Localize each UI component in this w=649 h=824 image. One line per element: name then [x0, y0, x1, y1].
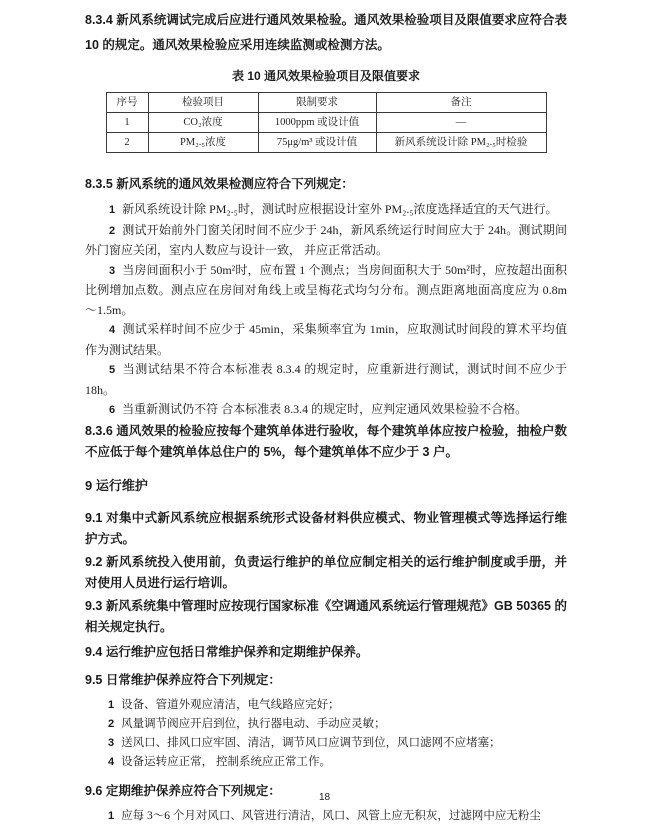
item-text: 送风口、排风口应牢固、清洁，调节风口应调节到位，风口滤网不应堵塞；	[121, 737, 501, 749]
clause-9-1: 9.1 对集中式新风系统应根据系统形式设备材料供应模式、物业管理模式等选择运行维…	[85, 508, 567, 550]
item-text: 设备运转应正常， 控制系统应正常工作。	[121, 756, 331, 768]
table-header-no: 序号	[106, 93, 148, 113]
item-text: 当测试结果不符合本标准表 8.3.4 的规定时，应重新进行测试，测试时间不应少于…	[85, 362, 567, 397]
item-number: 5	[109, 364, 115, 376]
cell-limit: 1000ppm 或设计值	[258, 113, 376, 133]
page-number: 18	[0, 792, 649, 804]
item-number: 2	[109, 225, 115, 237]
table-10-title: 表 10 通风效果检验项目及限值要求	[85, 68, 567, 84]
table-header-note: 备注	[376, 93, 546, 113]
clause-9-5-item-1: 1设备、管道外观应清洁，电气线路应完好；	[85, 696, 567, 715]
clause-8-3-5-item-5: 5当测试结果不符合本标准表 8.3.4 的规定时，应重新进行测试，测试时间不应少…	[85, 360, 567, 400]
cell-no: 2	[106, 133, 148, 153]
item-number: 3	[108, 737, 114, 749]
item-number: 4	[109, 324, 115, 336]
cell-no: 1	[106, 113, 148, 133]
clause-8-3-5-item-1: 1新风系统设计除 PM₂.₅时，测试时应根据设计室外 PM₂.₅浓度选择适宜的天…	[85, 200, 567, 221]
item-number: 1	[109, 204, 115, 216]
clause-8-3-5-heading: 8.3.5 新风系统的通风效果检测应符合下列规定：	[85, 174, 567, 195]
table-header-item: 检验项目	[148, 93, 258, 113]
clause-8-3-5-item-3: 3当房间面积小于 50m²时，应布置 1 个测点；当房间面积大于 50m²时，应…	[85, 261, 567, 321]
table-row: 1 CO₂浓度 1000ppm 或设计值 —	[106, 113, 546, 133]
clause-8-3-5-item-6: 6当重新测试仍不符 合本标准表 8.3.4 的规定时，应判定通风效果检验不合格。	[85, 400, 567, 421]
clause-8-3-5-items: 1新风系统设计除 PM₂.₅时，测试时应根据设计室外 PM₂.₅浓度选择适宜的天…	[85, 200, 567, 421]
item-text: 当房间面积小于 50m²时，应布置 1 个测点；当房间面积大于 50m²时，应按…	[85, 263, 567, 317]
document-page: 8.3.4 新风系统调试完成后应进行通风效果检验。通风效果检验项目及限值要求应符…	[0, 0, 649, 824]
item-text: 设备、管道外观应清洁，电气线路应完好；	[121, 699, 340, 711]
item-number: 4	[108, 756, 114, 768]
cell-item: PM₂.₅浓度	[148, 133, 258, 153]
table-row: 2 PM₂.₅浓度 75μg/m³ 或设计值 新风系统设计除 PM₂.₅时检验	[106, 133, 546, 153]
item-text: 新风系统设计除 PM₂.₅时，测试时应根据设计室外 PM₂.₅浓度选择适宜的天气…	[122, 202, 557, 216]
clause-9-5-heading: 9.5 日常维护保养应符合下列规定：	[85, 670, 567, 691]
item-number: 6	[109, 404, 115, 416]
cell-note: —	[376, 113, 546, 133]
clause-9-6-items: 1应每 3～6 个月对风口、风管进行清洁，风口、风管上应无积灰，过滤网中应无粉尘	[85, 807, 567, 824]
item-text: 测试采样时间不应少于 45min，采集频率宜为 1min，应取测试时间段的算术平…	[85, 322, 567, 357]
cell-item: CO₂浓度	[148, 113, 258, 133]
item-number: 3	[109, 265, 115, 277]
table-10: 序号 检验项目 限制要求 备注 1 CO₂浓度 1000ppm 或设计值 — 2…	[106, 92, 547, 153]
clause-8-3-4: 8.3.4 新风系统调试完成后应进行通风效果检验。通风效果检验项目及限值要求应符…	[85, 8, 567, 58]
item-number: 2	[108, 718, 114, 730]
clause-8-3-6: 8.3.6 通风效果的检验应按每个建筑单体进行验收，每个建筑单体应按户检验，抽检…	[85, 421, 567, 463]
clause-8-3-5-item-2: 2测试开始前外门窗关闭时间不应少于 24h，新风系统运行时间应大于 24h。测试…	[85, 221, 567, 261]
clause-9-5-item-3: 3送风口、排风口应牢固、清洁，调节风口应调节到位，风口滤网不应堵塞；	[85, 734, 567, 753]
table-header-limit: 限制要求	[258, 93, 376, 113]
cell-note: 新风系统设计除 PM₂.₅时检验	[376, 133, 546, 153]
clause-9-2: 9.2 新风系统投入使用前，负责运行维护的单位应制定相关的运行维护制度或手册，并…	[85, 552, 567, 594]
table-header-row: 序号 检验项目 限制要求 备注	[106, 93, 546, 113]
clause-9-4: 9.4 运行维护应包括日常维护保养和定期维护保养。	[85, 642, 567, 663]
item-text: 应每 3～6 个月对风口、风管进行清洁，风口、风管上应无积灰，过滤网中应无粉尘	[121, 810, 541, 822]
cell-limit: 75μg/m³ 或设计值	[258, 133, 376, 153]
item-text: 当重新测试仍不符 合本标准表 8.3.4 的规定时，应判定通风效果检验不合格。	[122, 402, 527, 416]
clause-8-3-5-item-4: 4测试采样时间不应少于 45min，采集频率宜为 1min，应取测试时间段的算术…	[85, 320, 567, 360]
chapter-9-heading: 9 运行维护	[85, 475, 567, 496]
clause-9-6-item-1: 1应每 3～6 个月对风口、风管进行清洁，风口、风管上应无积灰，过滤网中应无粉尘	[85, 807, 567, 824]
item-number: 1	[108, 699, 114, 711]
item-text: 风量调节阀应开启到位，执行器电动、手动应灵敏；	[121, 718, 386, 730]
clause-9-5-items: 1设备、管道外观应清洁，电气线路应完好； 2风量调节阀应开启到位，执行器电动、手…	[85, 696, 567, 772]
item-number: 1	[108, 810, 114, 822]
clause-9-5-item-2: 2风量调节阀应开启到位，执行器电动、手动应灵敏；	[85, 715, 567, 734]
clause-9-3: 9.3 新风系统集中管理时应按现行国家标准《空调通风系统运行管理规范》GB 50…	[85, 596, 567, 638]
clause-9-5-item-4: 4设备运转应正常， 控制系统应正常工作。	[85, 753, 567, 772]
item-text: 测试开始前外门窗关闭时间不应少于 24h，新风系统运行时间应大于 24h。测试期…	[85, 223, 567, 258]
